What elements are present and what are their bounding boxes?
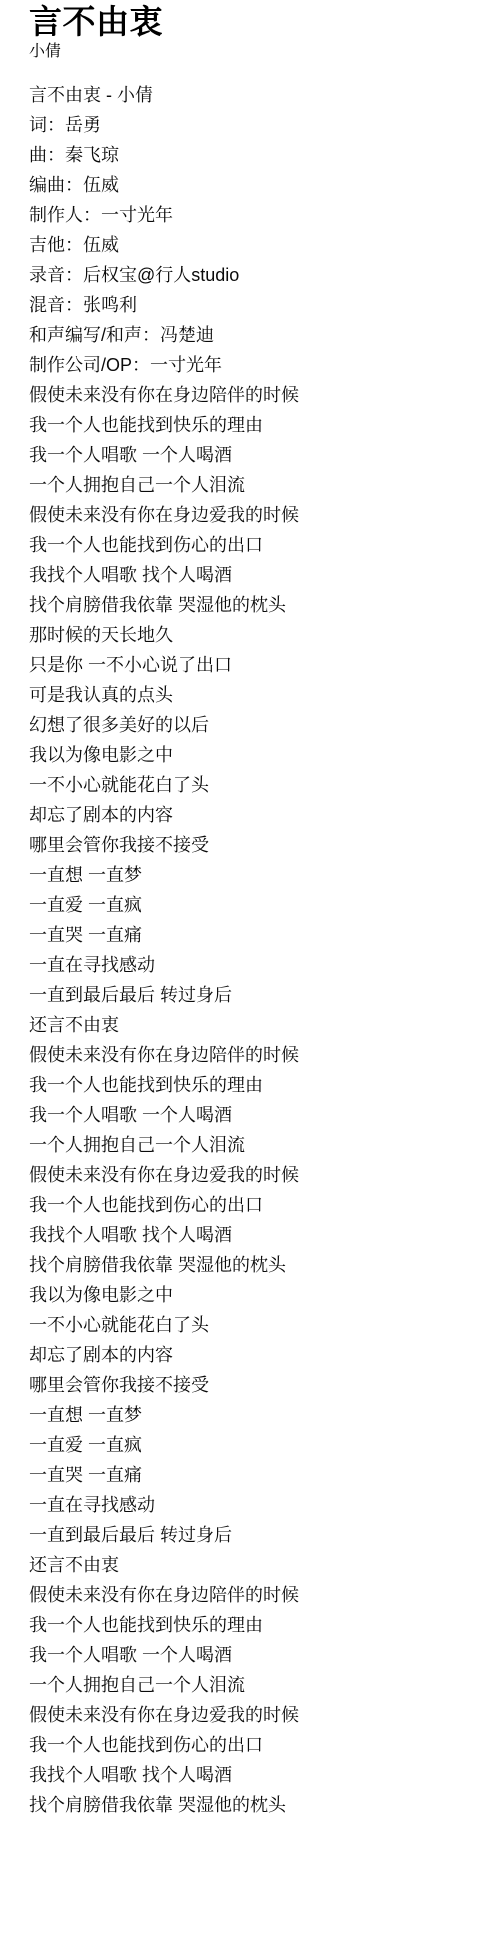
lyric-line: 混音：张鸣利 <box>29 290 480 320</box>
lyric-line: 找个肩膀借我依靠 哭湿他的枕头 <box>29 590 480 620</box>
lyric-line: 假使未来没有你在身边陪伴的时候 <box>29 1040 480 1070</box>
lyric-line: 假使未来没有你在身边爱我的时候 <box>29 1160 480 1190</box>
lyric-line: 一直到最后最后 转过身后 <box>29 980 480 1010</box>
lyric-line: 一直到最后最后 转过身后 <box>29 1520 480 1550</box>
lyric-line: 一直哭 一直痛 <box>29 920 480 950</box>
lyric-line: 哪里会管你我接不接受 <box>29 1370 480 1400</box>
lyric-line: 我一个人也能找到伤心的出口 <box>29 530 480 560</box>
lyric-line: 一直哭 一直痛 <box>29 1460 480 1490</box>
lyric-line: 和声编写/和声：冯楚迪 <box>29 320 480 350</box>
lyric-line: 我以为像电影之中 <box>29 1280 480 1310</box>
lyric-line: 哪里会管你我接不接受 <box>29 830 480 860</box>
lyrics-block: 言不由衷 - 小倩词：岳勇曲：秦飞琼编曲：伍威制作人：一寸光年吉他：伍威录音：后… <box>29 80 480 1820</box>
lyric-line: 一直在寻找感动 <box>29 950 480 980</box>
lyric-line: 我一个人唱歌 一个人喝酒 <box>29 440 480 470</box>
artist-name: 小倩 <box>29 42 480 62</box>
lyric-line: 制作公司/OP：一寸光年 <box>29 350 480 380</box>
lyric-line: 我找个人唱歌 找个人喝酒 <box>29 1220 480 1250</box>
lyric-line: 一直爱 一直疯 <box>29 890 480 920</box>
lyric-line: 一不小心就能花白了头 <box>29 1310 480 1340</box>
lyric-line: 只是你 一不小心说了出口 <box>29 650 480 680</box>
lyric-line: 我一个人也能找到快乐的理由 <box>29 1070 480 1100</box>
lyric-line: 编曲：伍威 <box>29 170 480 200</box>
song-title: 言不由衷 <box>29 2 480 42</box>
lyric-line: 假使未来没有你在身边陪伴的时候 <box>29 380 480 410</box>
lyric-line: 一个人拥抱自己一个人泪流 <box>29 470 480 500</box>
lyric-line: 一直在寻找感动 <box>29 1490 480 1520</box>
lyric-line: 一不小心就能花白了头 <box>29 770 480 800</box>
lyric-line: 幻想了很多美好的以后 <box>29 710 480 740</box>
lyric-line: 我一个人唱歌 一个人喝酒 <box>29 1640 480 1670</box>
lyrics-page: 言不由衷 小倩 言不由衷 - 小倩词：岳勇曲：秦飞琼编曲：伍威制作人：一寸光年吉… <box>0 0 500 1820</box>
lyric-line: 我找个人唱歌 找个人喝酒 <box>29 1760 480 1790</box>
lyric-line: 假使未来没有你在身边陪伴的时候 <box>29 1580 480 1610</box>
lyric-line: 一直想 一直梦 <box>29 1400 480 1430</box>
lyric-line: 找个肩膀借我依靠 哭湿他的枕头 <box>29 1250 480 1280</box>
lyric-line: 我以为像电影之中 <box>29 740 480 770</box>
lyric-line: 录音：后权宝@行人studio <box>29 260 480 290</box>
lyric-line: 一直爱 一直疯 <box>29 1430 480 1460</box>
lyric-line: 我一个人唱歌 一个人喝酒 <box>29 1100 480 1130</box>
lyric-line: 我一个人也能找到快乐的理由 <box>29 410 480 440</box>
lyric-line: 一直想 一直梦 <box>29 860 480 890</box>
lyric-line: 制作人：一寸光年 <box>29 200 480 230</box>
lyric-line: 却忘了剧本的内容 <box>29 800 480 830</box>
lyric-line: 我一个人也能找到伤心的出口 <box>29 1190 480 1220</box>
lyric-line: 我一个人也能找到快乐的理由 <box>29 1610 480 1640</box>
lyric-line: 词：岳勇 <box>29 110 480 140</box>
lyric-line: 一个人拥抱自己一个人泪流 <box>29 1670 480 1700</box>
lyric-line: 曲：秦飞琼 <box>29 140 480 170</box>
lyric-line: 我找个人唱歌 找个人喝酒 <box>29 560 480 590</box>
lyric-line: 假使未来没有你在身边爱我的时候 <box>29 1700 480 1730</box>
lyric-line: 吉他：伍威 <box>29 230 480 260</box>
lyric-line: 却忘了剧本的内容 <box>29 1340 480 1370</box>
lyric-line: 那时候的天长地久 <box>29 620 480 650</box>
lyric-line: 还言不由衷 <box>29 1550 480 1580</box>
lyric-line: 言不由衷 - 小倩 <box>29 80 480 110</box>
lyric-line: 找个肩膀借我依靠 哭湿他的枕头 <box>29 1790 480 1820</box>
lyric-line: 可是我认真的点头 <box>29 680 480 710</box>
lyric-line: 假使未来没有你在身边爱我的时候 <box>29 500 480 530</box>
lyric-line: 一个人拥抱自己一个人泪流 <box>29 1130 480 1160</box>
lyric-line: 我一个人也能找到伤心的出口 <box>29 1730 480 1760</box>
lyric-line: 还言不由衷 <box>29 1010 480 1040</box>
